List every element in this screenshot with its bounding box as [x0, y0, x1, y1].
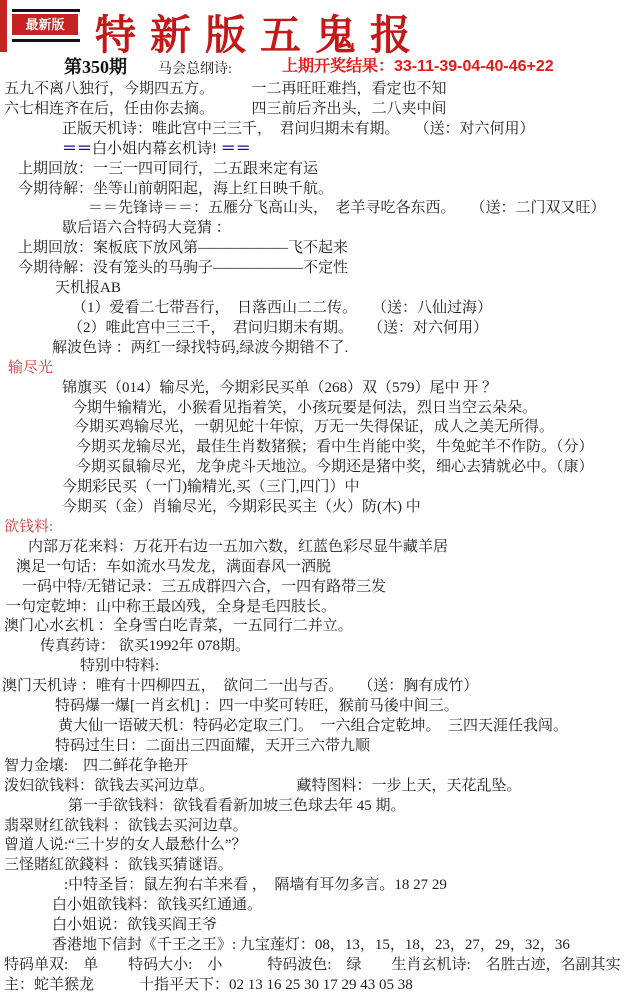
last-draw-result: 上期开奖结果：33-11-39-04-40-46+22 — [282, 53, 554, 76]
issue-number: 第350期 — [64, 53, 127, 79]
text-line: 特码单双: 单 特码大小: 小 特码波色: 绿 生肖玄机诗: 名胜古迹，名副其实 — [0, 956, 628, 976]
text-line: 三怪賭紅欲錢料 ：欲钱买猜谜语。 — [0, 856, 628, 876]
text-line: 翡翠财红欲钱料 ：欲钱去买河边草。 — [0, 817, 628, 837]
text-line: 白小姐说：欲钱买阎王爷 — [0, 916, 628, 936]
text-line: 特码过生日：二面出三四面耀，天开三六带九顺 — [0, 737, 628, 757]
text-line: 智力金壤: 四二鲜花争艳开 — [0, 757, 628, 777]
text-line: （1）爱看二七带吾行， 日落西山二二传。 （送：八仙过海） — [0, 299, 628, 319]
issue-subtitle: 马会总纲诗: — [158, 58, 232, 78]
text-line: 上期回放：一三一四可同行，二五跟来定有运 — [0, 160, 628, 180]
text-line: 歇后语六合特码大竞猜 ： — [0, 219, 628, 239]
text-line: 锦旗买（014）输尽光，今期彩民买单（268）双（579）尾中 开 ？ — [0, 379, 628, 399]
text-line: 天机报AB — [0, 279, 628, 299]
badge-bottom-rule — [12, 39, 80, 42]
text-line: 澳门心水玄机 ：全身雪白吃青菜，一五同行二并立。 — [0, 617, 628, 637]
double-bar-mark: ＝＝ — [221, 141, 251, 157]
text-line: 今期买龙输尽光，最佳生肖数猪猴；看中生肖能中奖，牛兔蛇羊不作防。（分） — [0, 438, 628, 458]
text-line: 今期牛输精光，小猴看见指着笑，小孩玩要是何法，烈日当空云朵朵。 — [0, 399, 628, 419]
text-line: 第一手欲钱料：欲钱看看新加坡三色球去年 45 期。 — [0, 797, 628, 817]
text-line: 特码爆一爆[一肖玄机] ：四一中奖可转旺，猴前马後中间三。 — [0, 697, 628, 717]
text-line: 特别中特料: — [0, 657, 628, 677]
text-line: 今期待解：没有笼头的马驹子——————不定性 — [0, 259, 628, 279]
text-line: 澳门天机诗 ：唯有十四柳四五， 欲问二一出与否。 （送：胸有成竹） — [0, 677, 628, 697]
text-line: 解波色诗 ：两红一绿找特码,绿波今期错不了. — [0, 339, 628, 359]
text-line: 白小姐欲钱料：欲钱买红通通。 — [0, 896, 628, 916]
double-bar-mark: ＝＝ — [62, 141, 92, 157]
text-line: 今期买鸡输尽光，一朝见蛇十年惊，万无一失得保证，成人之美无所得。 — [0, 418, 628, 438]
text-line: 六七相连齐在后，任由你去摘。 四三前后齐出头，二八夹中间 — [0, 100, 628, 120]
text-line: 今期待解：坐等山前朝阳起，海上红日映千航。 — [0, 180, 628, 200]
text-line: 今期彩民买（一门)输精光,买（三门,四门）中 — [0, 478, 628, 498]
issue-row: 第350期 马会总纲诗: 上期开奖结果：33-11-39-04-40-46+22 — [0, 53, 628, 79]
lottery-tip-sheet: 最新版 特新版五鬼报 第350期 马会总纲诗: 上期开奖结果：33-11-39-… — [0, 0, 628, 994]
text-line: 输尽光 — [0, 359, 628, 379]
text-line: 今期买鼠输尽光，龙争虎斗天地泣。今期还是猪中奖，细心去猜就必中。（康） — [0, 458, 628, 478]
text-line: ＝＝白小姐内幕玄机诗! ＝＝ — [0, 140, 628, 160]
text-line: 传真药诗： 欲买1992年 078期。 — [0, 637, 628, 657]
text-line: 一句定乾坤：山中称王最凶残，全身是毛四肢长。 — [0, 598, 628, 618]
text-span: 白小姐内幕玄机诗! — [92, 141, 221, 157]
text-line: ＝＝先锋诗＝＝：五雁分飞高山头， 老羊寻吃各东西。 （送：二门双又旺） — [0, 199, 628, 219]
text-line: 今期买（金）肖输尽光，今期彩民买主（火）防(木) 中 — [0, 498, 628, 518]
text-line: 曾道人说:“三十岁的女人最愁什么”？ — [0, 836, 628, 856]
text-line: 香港地下信封《千王之王》: 九宝莲灯：08，13，15，18，23，27，29，… — [0, 936, 628, 956]
text-line: 上期回放：案板底下放风第——————飞不起来 — [0, 239, 628, 259]
left-edge-red-bar — [0, 0, 7, 52]
text-line: 内部万花来料：万花开右边一五加六数，红蓝色彩尽显牛藏羊居 — [0, 538, 628, 558]
badge-top-rule — [12, 9, 80, 12]
edition-badge: 最新版 — [12, 14, 78, 35]
text-line: （2）唯此宫中三三千， 君问归期未有期。 （送：对六何用） — [0, 319, 628, 339]
text-line: 一码中特/无错记录：三五成群四六合，一四有路带三发 — [0, 578, 628, 598]
text-line: 欲钱料: — [0, 518, 628, 538]
text-line: 主：蛇羊猴龙 十指平天下：02 13 16 25 30 17 29 43 05 … — [0, 976, 628, 994]
text-line: 五九不离八独行，今期四五方。 一二再旺旺难挡，看定也不知 — [0, 80, 628, 100]
text-line: 泼妇欲钱料：欲钱去买河边草。 藏特图料：一步上天，天花乱坠。 — [0, 777, 628, 797]
text-line: 黄大仙一语破天机：特码必定取三门。 一六组合定乾坤。 三四天涯任我闯。 — [0, 717, 628, 737]
text-line: :中特圣旨：鼠左狗右羊来看 ， 隔墙有耳勿多言。18 27 29 — [0, 876, 628, 896]
body-lines: 五九不离八独行，今期四五方。 一二再旺旺难挡，看定也不知六七相连齐在后，任由你去… — [0, 80, 628, 994]
text-line: 正版天机诗：唯此宫中三三千， 君问归期未有期。 （送：对六何用） — [0, 120, 628, 140]
text-line: 澳足一句话：车如流水马发龙，满面春风一洒脱 — [0, 558, 628, 578]
